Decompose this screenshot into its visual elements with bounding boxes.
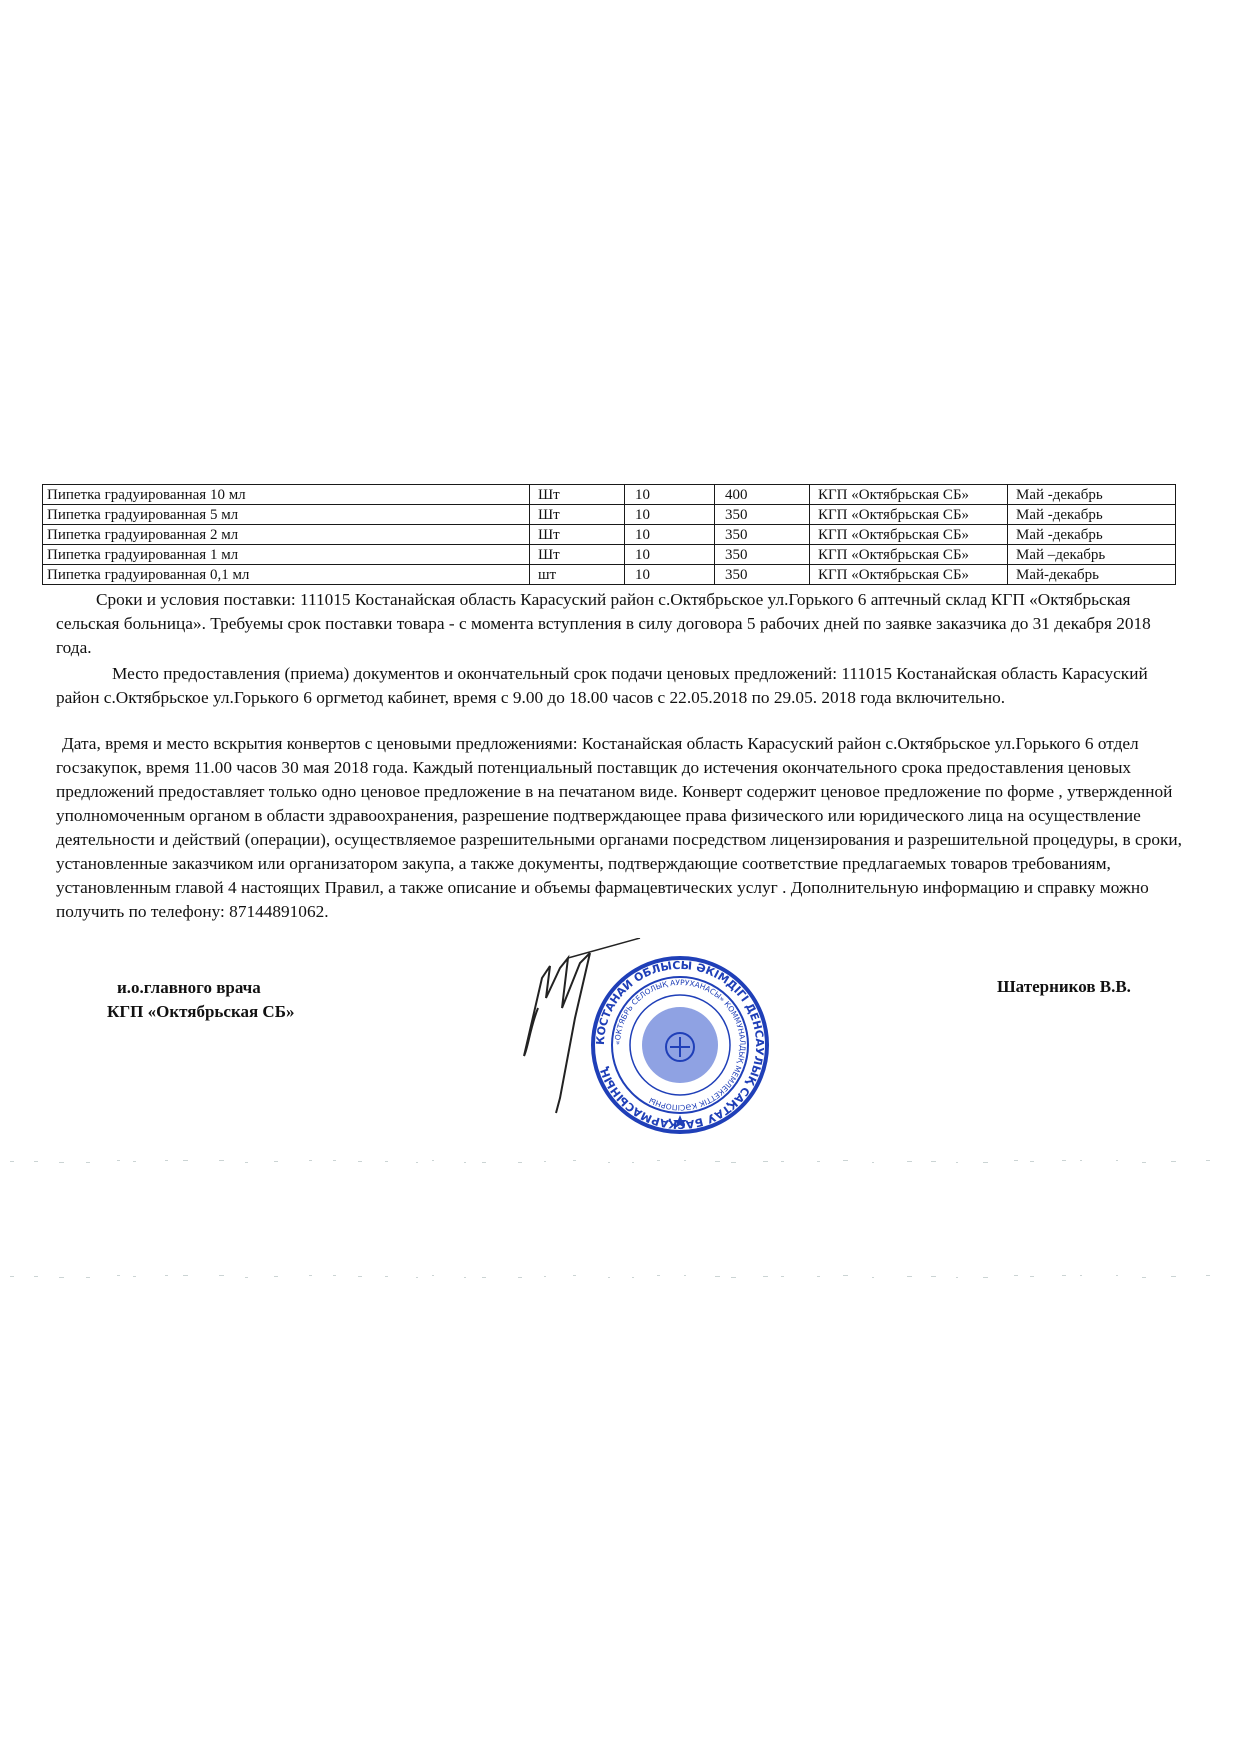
cell-name: Пипетка градуированная 1 мл — [43, 545, 530, 565]
table-row: Пипетка градуированная 1 млШт10350КГП «О… — [43, 545, 1176, 565]
scan-noise — [0, 1150, 1240, 1290]
delivery-terms-paragraph: Сроки и условия поставки: 111015 Костана… — [56, 588, 1181, 660]
table-row: Пипетка градуированная 2 млШт10350КГП «О… — [43, 525, 1176, 545]
cell-price: 350 — [715, 505, 810, 525]
document-page: Пипетка градуированная 10 млШт10400КГП «… — [0, 0, 1240, 1752]
opening-paragraph: Дата, время и место вскрытия конвертов с… — [56, 732, 1186, 924]
cell-qty: 10 — [625, 545, 715, 565]
cell-customer: КГП «Октябрьская СБ» — [810, 565, 1008, 585]
cell-period: Май -декабрь — [1008, 525, 1176, 545]
table-row: Пипетка градуированная 10 млШт10400КГП «… — [43, 485, 1176, 505]
official-seal-icon: КОСТАНАЙ ОБЛЫСЫ ӘКІМДІГІ ДЕНСАУЛЫҚ САҚТА… — [590, 955, 770, 1135]
cell-period: Май -декабрь — [1008, 505, 1176, 525]
table-row: Пипетка градуированная 5 млШт10350КГП «О… — [43, 505, 1176, 525]
cell-price: 350 — [715, 565, 810, 585]
cell-name: Пипетка градуированная 10 мл — [43, 485, 530, 505]
cell-name: Пипетка градуированная 5 мл — [43, 505, 530, 525]
cell-customer: КГП «Октябрьская СБ» — [810, 485, 1008, 505]
items-table-body: Пипетка градуированная 10 млШт10400КГП «… — [43, 485, 1176, 585]
cell-price: 400 — [715, 485, 810, 505]
submission-text: Место предоставления (приема) документов… — [56, 664, 1148, 707]
delivery-terms-text: Сроки и условия поставки: 111015 Костана… — [56, 590, 1151, 657]
cell-unit: Шт — [530, 545, 625, 565]
cell-name: Пипетка градуированная 2 мл — [43, 525, 530, 545]
signatory-name: Шатерников В.В. — [997, 977, 1131, 997]
cell-unit: шт — [530, 565, 625, 585]
signatory-organization: КГП «Октябрьская СБ» — [107, 1002, 294, 1022]
cell-qty: 10 — [625, 565, 715, 585]
cell-price: 350 — [715, 545, 810, 565]
cell-customer: КГП «Октябрьская СБ» — [810, 545, 1008, 565]
opening-text: Дата, время и место вскрытия конвертов с… — [56, 734, 1182, 921]
signatory-position: и.о.главного врача — [117, 978, 261, 998]
items-table: Пипетка градуированная 10 млШт10400КГП «… — [42, 484, 1176, 585]
cell-qty: 10 — [625, 525, 715, 545]
cell-unit: Шт — [530, 485, 625, 505]
cell-period: Май –декабрь — [1008, 545, 1176, 565]
cell-name: Пипетка градуированная 0,1 мл — [43, 565, 530, 585]
cell-period: Май -декабрь — [1008, 485, 1176, 505]
cell-qty: 10 — [625, 485, 715, 505]
table-row: Пипетка градуированная 0,1 млшт10350КГП … — [43, 565, 1176, 585]
cell-customer: КГП «Октябрьская СБ» — [810, 525, 1008, 545]
cell-unit: Шт — [530, 505, 625, 525]
cell-period: Май-декабрь — [1008, 565, 1176, 585]
cell-qty: 10 — [625, 505, 715, 525]
cell-unit: Шт — [530, 525, 625, 545]
cell-price: 350 — [715, 525, 810, 545]
cell-customer: КГП «Октябрьская СБ» — [810, 505, 1008, 525]
submission-paragraph: Место предоставления (приема) документов… — [56, 662, 1181, 710]
